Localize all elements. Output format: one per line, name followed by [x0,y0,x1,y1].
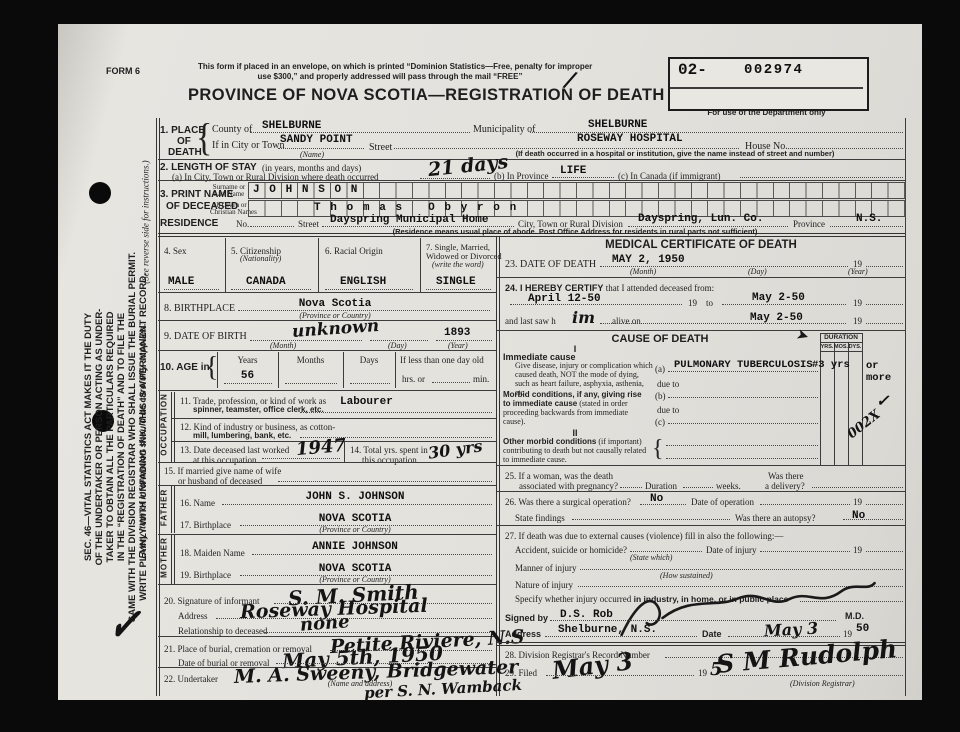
rule [820,342,862,343]
dotted-line [222,504,492,505]
dod-year-note: (Year) [848,268,868,277]
rule [158,292,496,293]
address-value: Shelburne, N.S. [558,624,657,636]
woman-label2: associated with pregnancy? [519,481,618,491]
last-worked-handwritten: 1947 [295,436,347,460]
rule [158,534,496,535]
father-birthplace-value: NOVA SCOTIA [240,513,470,525]
dotted-line [640,504,686,505]
woman-label1: 25. If a woman, was the death [505,471,613,481]
dotted-line [224,383,272,384]
accident-label: Accident, suicide or homicide? [515,545,627,555]
side-label-divider [171,392,175,462]
year-value: 50 [856,623,869,635]
findings-label: State findings [515,513,565,523]
dotted-line [630,551,702,552]
last-saw-handwritten: im [572,309,595,327]
duration-mos-header: MOS. [834,344,848,350]
age-min-label: min. [473,374,489,384]
cause-a-label: (a) [655,364,665,374]
statute-line: IN THE “REGISTRATION OF DEATH” AND TO FI… [116,227,127,647]
preprinted-19: 19 [853,545,862,555]
occupation-side-label: OCCUPATION [161,389,170,459]
father-birthplace-label: 17. Birthplace [180,520,231,530]
side-label-divider [171,486,175,533]
nature-of-injury-label: Nature of injury [515,580,573,590]
due-to-label: due to [657,379,679,389]
punch-hole [89,182,111,204]
operation-date-label: Date of operation [691,497,754,507]
stay-b-value: LIFE [560,165,586,177]
dotted-line [252,554,492,555]
dotted-line [250,226,294,227]
age-years-label: Years [217,355,278,365]
industry-label2: mill, lumbering, bank, etc. [193,432,291,441]
dotted-line [683,487,713,488]
filed-date-handwritten: May 3 [551,648,635,685]
dotted-line [285,383,337,384]
dotted-line [843,519,903,520]
cause-a-value: PULMONARY TUBERCULOSIS [674,360,813,372]
handwritten-margin-note: 002X [845,408,883,442]
date-handwritten: May 3 [764,620,819,641]
rule [497,330,905,331]
spouse-label1: 15. If married give name of wife [164,466,281,476]
father-name-label: 16. Name [180,498,215,508]
dob-handwritten: unknown [291,317,379,342]
residence-label: RESIDENCE [160,218,218,229]
reverse-side-note: (See reverse side for instructions.) [140,110,150,335]
trade-label2: spinner, teamster, office clerk, etc. [193,406,324,415]
autopsy-value: No [852,510,865,522]
date-label: Date [702,629,722,639]
stay-b-label: (b) In Province [494,171,548,181]
woman-was-there-label: Was there [768,471,804,481]
rule [497,465,905,466]
cell-divider [225,238,226,292]
hospital-note: (If death occurred in a hospital or inst… [445,150,905,158]
city-town-value: SANDY POINT [280,134,353,146]
alive-on-value: May 2-50 [750,312,803,324]
cell-divider [344,442,345,462]
dotted-line [325,289,413,290]
brace-glyph: { [652,436,664,463]
age-months-label: Months [278,355,343,365]
serial-prefix: 02- [678,62,707,80]
municipality-value: SHELBURNE [588,119,647,131]
scanned-death-certificate: FORM 6 This form if placed in an envelop… [0,0,960,732]
statute-line: OF THE UNDERTAKER OR PERSON ACTING AS UN… [94,227,105,647]
certificate-paper: FORM 6 This form if placed in an envelop… [58,24,922,700]
cell-divider [318,238,319,292]
age-years-value: 56 [217,370,278,382]
dotted-line [830,226,903,227]
residence-street-value: Dayspring Municipal Home [330,214,488,226]
woman-duration-label: Duration [645,481,677,491]
dotted-line [432,382,470,383]
date-of-death-value: MAY 2, 1950 [612,254,685,266]
dod-month-note: (Month) [630,268,656,277]
rule [171,418,496,419]
mother-birthplace-value: NOVA SCOTIA [240,563,470,575]
marital-value: SINGLE [436,276,476,288]
dotted-line [866,266,903,267]
preprinted-19: 19 [688,298,697,308]
date-of-death-label: 23. DATE OF DEATH [505,259,596,270]
dotted-line [278,481,492,482]
other-morbid-note: Other morbid conditions (if important) c… [503,437,653,464]
certify-bold: 24. I HEREBY CERTIFY [505,283,603,293]
woman-delivery-label: a delivery? [765,481,805,491]
birthplace-value: Nova Scotia [250,298,420,310]
dotted-line [668,371,818,372]
municipality-label: Municipality of [473,124,536,135]
dob-label: 9. DATE OF BIRTH [164,331,247,342]
dotted-line [722,304,846,305]
dotted-line [668,423,818,424]
total-years-label2: this occupation [362,455,417,465]
mailing-notice-line1: This form if placed in an envelope, on w… [198,63,582,72]
street-value: ROSEWAY HOSPITAL [577,133,683,145]
attended-to-label: to [706,298,713,308]
dotted-line [760,551,850,552]
dotted-line [278,148,364,149]
name-note: (Name) [300,151,324,160]
residence-province-value: N.S. [856,213,882,225]
woman-weeks-label: weeks. [716,481,741,491]
address-label: Address [505,629,541,639]
brace-glyph: { [196,117,212,161]
signed-by-label: Signed by [505,613,548,623]
rule [158,350,496,351]
dotted-line [216,618,492,619]
cause-duration-value: #3 yrs [812,360,850,372]
rule [158,485,496,486]
dotted-line [866,504,903,505]
dotted-line [668,397,818,398]
surname-value: JOHNSON [253,184,367,196]
father-side-label: FATHER [161,483,170,531]
alive-on-label: alive on [612,316,641,326]
dotted-line [164,289,219,290]
undertaker-label: 22. Undertaker [164,674,218,684]
serial-number: 002974 [744,63,803,79]
cause-c-label: (c) [655,417,665,427]
cell-divider [420,238,421,292]
age-less-label: If less than one day old [400,355,484,365]
mother-side-label: MOTHER [161,532,170,582]
given-sublabel2: Christian Names [210,209,248,217]
certify-rest: that I attended deceased from: [606,283,714,293]
dotted-line [546,675,694,676]
statute-line: SAME WITH THE DIVISION REGISTRAR WHO SHA… [127,227,138,647]
rule [158,462,496,463]
last-worked-label1: 13. Date deceased last worked [180,445,289,455]
duration-yrs-header: YRS. [820,344,834,350]
dotted-line [760,504,850,505]
dotted-line [740,177,903,178]
medical-certificate-title: MEDICAL CERTIFICATE OF DEATH [497,239,905,252]
statute-line: TAKER TO OBTAIN ALL THE PARTICULARS REQU… [105,227,116,647]
certificate-sheet: FORM 6 This form if placed in an envelop… [58,24,922,700]
dotted-line [572,519,730,520]
autopsy-label: Was there an autopsy? [735,513,816,523]
marital-label3: (write the word) [432,261,484,270]
county-label: County of [212,124,252,135]
rule [158,159,905,160]
dotted-line [866,551,903,552]
manner-of-injury-label: Manner of injury [515,563,576,573]
duration-header: DURATION [820,334,862,341]
total-years-label1: 14. Total yrs. spent in [350,445,428,455]
dotted-line [600,323,846,324]
cell-divider [395,352,396,388]
dotted-line [426,289,491,290]
informant-address-label: Address [178,611,208,621]
attended-to-value: May 2-50 [752,292,805,304]
dotted-line [580,569,903,570]
birthplace-label: 8. BIRTHPLACE [164,303,235,314]
side-label-divider [171,535,175,584]
filed-label: 29. Filed [505,668,537,678]
morbid-conditions-note: Morbid conditions, if any, giving rise t… [503,390,651,426]
preprinted-19: 19 [698,668,707,678]
dotted-line [231,289,311,290]
place-of-death-label2: OF [177,136,191,147]
stay-c-label: (c) In Canada (if immigrant) [618,171,720,181]
residence-no-label: No. [236,219,249,229]
citizenship-value: CANADA [246,276,286,288]
external-causes-label: 27. If death was due to external causes … [505,531,783,541]
surname-sublabel2: Last Name [212,191,246,199]
duration-column-line [820,333,821,465]
date-of-injury-label: Date of injury [706,545,756,555]
preprinted-19: 19 [853,497,862,507]
mailing-notice-line2: use $300,” and properly addressed will p… [198,73,582,82]
preprinted-19: 19 [853,298,862,308]
last-worked-label2: at this occupation [193,455,256,465]
state-which-note: (State which) [630,554,672,563]
dotted-line [666,445,818,446]
operation-label: 26. Was there a surgical operation? [505,497,631,507]
age-label: 10. AGE in [160,362,210,373]
county-value: SHELBURNE [262,120,321,132]
due-to-label: due to [657,405,679,415]
racial-origin-label: 6. Racial Origin [325,246,383,256]
informant-relationship-label: Relationship to deceased [178,626,267,636]
citizenship-label2: (Nationality) [240,255,281,264]
dotted-line [666,458,818,459]
mother-maiden-name-label: 18. Maiden Name [180,548,245,558]
dotted-line [300,412,492,413]
rule [497,525,905,526]
cause-b-label: (b) [655,391,666,401]
last-saw-label: and last saw h [505,316,556,326]
given-name-value: Thomas Obyron [314,202,526,214]
residence-note: (Residence means usual place of abode. P… [320,228,830,236]
dotted-line [728,636,840,637]
preprinted-19: 19 [853,316,862,326]
dotted-line [510,304,682,305]
dod-day-note: (Day) [748,268,767,277]
how-sustained-note: (How sustained) [660,572,713,581]
city-town-label: If in City or Town [212,140,284,151]
statute-line: SEC. 46—VITAL STATISTICS ACT MAKES IT TH… [83,227,94,647]
stay-a-label: (a) In City, Town or Rural Division wher… [172,172,379,182]
street-label: Street [369,142,392,153]
department-only-note: For use of the Department only [668,109,865,118]
mother-birthplace-label: 19. Birthplace [180,570,231,580]
dob-year-value: 1893 [444,327,470,339]
cause-duration-more: or more [866,360,902,384]
rule [497,491,905,492]
dotted-line [866,304,903,305]
dotted-line [545,636,697,637]
dotted-line [812,487,903,488]
rule [497,277,905,278]
dotted-line [350,383,390,384]
other-bold: Other morbid conditions [503,437,596,446]
division-registrar-note: (Division Registrar) [790,680,855,689]
duration-column-line [862,333,863,465]
page-title: PROVINCE OF NOVA SCOTIA—REGISTRATION OF … [188,86,588,104]
rule [820,351,862,352]
dotted-line [262,458,340,459]
serial-box-divider [670,87,863,89]
handwritten-right-check: ✓ [876,392,889,410]
father-name-value: JOHN S. JOHNSON [240,491,470,503]
residence-street-label: Street [298,219,319,229]
md-label: M.D. [845,611,864,621]
rule [158,390,496,391]
age-days-label: Days [343,355,395,365]
dotted-line [620,487,642,488]
mother-maiden-name-value: ANNIE JOHNSON [250,541,460,553]
trade-value: Labourer [340,396,393,408]
duration-dys-header: DYS. [848,344,862,350]
racial-origin-value: ENGLISH [340,276,386,288]
sex-label: 4. Sex [164,246,187,256]
age-hrs-label: hrs. or [402,374,425,384]
form-number: FORM 6 [106,66,140,76]
residence-city-value: Dayspring, Lun. Co. [638,213,763,225]
dotted-line [866,323,903,324]
sex-value: MALE [168,276,194,288]
